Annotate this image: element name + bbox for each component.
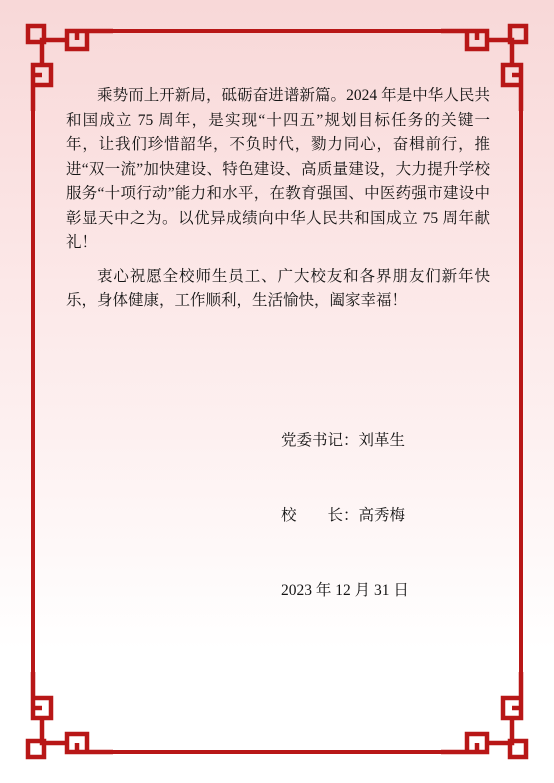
signature-date: 2023 年 12 月 31 日 bbox=[281, 578, 409, 603]
signature-president: 校 长：高秀梅 bbox=[281, 503, 409, 528]
fret-corner-bottom-right-icon bbox=[441, 672, 533, 764]
letter-body: 乘势而上开新局，砥砺奋进谱新篇。2024 年是中华人民共和国成立 75 周年，是… bbox=[66, 84, 490, 314]
frame-border-bottom bbox=[108, 750, 446, 754]
frame-border-left bbox=[31, 106, 35, 677]
letter-page: 乘势而上开新局，砥砺奋进谱新篇。2024 年是中华人民共和国成立 75 周年，是… bbox=[0, 0, 554, 783]
fret-corner-bottom-left-icon bbox=[21, 672, 113, 764]
paragraph-new-year-wishes: 衷心祝愿全校师生员工、广大校友和各界朋友们新年快乐，身体健康，工作顺利，生活愉快… bbox=[66, 265, 490, 314]
signature-party-secretary: 党委书记：刘革生 bbox=[281, 428, 409, 453]
paragraph-outlook-2024: 乘势而上开新局，砥砺奋进谱新篇。2024 年是中华人民共和国成立 75 周年，是… bbox=[66, 84, 490, 256]
frame-border-right bbox=[519, 106, 523, 677]
frame-border-top bbox=[108, 29, 446, 33]
signature-block: 党委书记：刘革生 校 长：高秀梅 2023 年 12 月 31 日 bbox=[281, 378, 409, 653]
